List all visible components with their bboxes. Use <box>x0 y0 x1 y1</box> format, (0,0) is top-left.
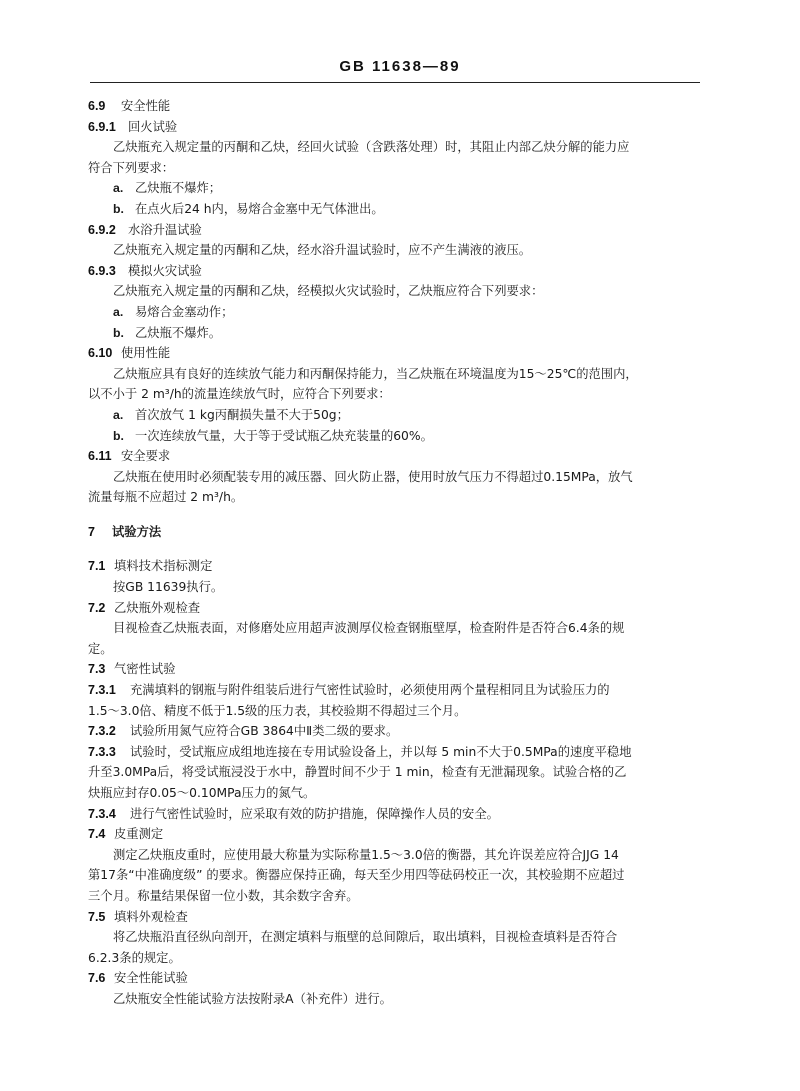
section-6-9-1-heading: 6.9.1 回火试验 <box>88 117 714 138</box>
chapter-7-heading: 7 试验方法 <box>88 522 714 543</box>
section-title: 填料技术指标测定 <box>114 556 212 577</box>
section-7-3-1-paragraph: 7.3.1充满填料的钢瓶与附件组装后进行气密性试验时，必须使用两个量程相同且为试… <box>88 680 714 721</box>
section-number: 7.3.3 <box>88 742 130 763</box>
section-number: 6.9 <box>88 96 121 117</box>
list-item-text: 乙炔瓶不爆炸。 <box>135 323 221 344</box>
section-title: 回火试验 <box>128 117 177 138</box>
paragraph-line: 定。 <box>88 639 714 660</box>
list-item-text: 乙炔瓶不爆炸； <box>135 178 221 199</box>
section-title: 安全性能试验 <box>114 968 188 989</box>
section-7-2-paragraph: 目视检查乙炔瓶表面，对修磨处应用超声波测厚仪检查钢瓶壁厚，检查附件是否符合6.4… <box>88 618 714 659</box>
section-7-3-heading: 7.3 气密性试验 <box>88 659 714 680</box>
paragraph-line: 试验时，受试瓶应成组地连接在专用试验设备上，并以每 5 min不大于0.5MPa… <box>130 745 632 759</box>
section-title: 安全性能 <box>121 96 170 117</box>
paragraph-line: 以不小于 2 m³/h的流量连续放气时，应符合下列要求： <box>88 384 714 405</box>
section-number: 7.3 <box>88 659 114 680</box>
section-title: 模拟火灾试验 <box>128 261 202 282</box>
section-6-11-paragraph: 乙炔瓶在使用时必须配装专用的减压器、回火防止器，使用时放气压力不得超过0.15M… <box>88 467 714 508</box>
section-7-4-heading: 7.4 皮重测定 <box>88 824 714 845</box>
section-number: 7.3.4 <box>88 804 130 825</box>
section-number: 7.2 <box>88 598 114 619</box>
list-item-text: 在点火后24 h内，易熔合金塞中无气体泄出。 <box>135 199 384 220</box>
list-item: a. 乙炔瓶不爆炸； <box>88 178 714 199</box>
section-title: 气密性试验 <box>114 659 176 680</box>
list-marker: a. <box>113 302 135 323</box>
paragraph-line: 乙炔瓶应具有良好的连续放气能力和丙酮保持能力，当乙炔瓶在环境温度为15～25℃的… <box>113 367 638 381</box>
section-6-9-2-heading: 6.9.2 水浴升温试验 <box>88 220 714 241</box>
list-marker: a. <box>113 405 135 426</box>
section-7-3-3-paragraph: 7.3.3试验时，受试瓶应成组地连接在专用试验设备上，并以每 5 min不大于0… <box>88 742 714 804</box>
list-item-text: 易熔合金塞动作； <box>135 302 233 323</box>
section-6-9-2-paragraph: 乙炔瓶充入规定量的丙酮和乙炔，经水浴升温试验时，应不产生满液的液压。 <box>88 240 714 261</box>
section-title: 填料外观检查 <box>114 907 188 928</box>
section-number: 6.9.3 <box>88 261 128 282</box>
section-7-5-heading: 7.5 填料外观检查 <box>88 907 714 928</box>
section-7-1-heading: 7.1 填料技术指标测定 <box>88 556 714 577</box>
paragraph-line: 测定乙炔瓶皮重时，应使用最大称量为实际称量1.5～3.0倍的衡器，其允许误差应符… <box>113 848 619 862</box>
section-6-11-heading: 6.11 安全要求 <box>88 446 714 467</box>
section-7-1-paragraph: 按GB 11639执行。 <box>88 577 714 598</box>
list-marker: b. <box>113 426 135 447</box>
paragraph-line: 符合下列要求： <box>88 158 714 179</box>
section-number: 6.11 <box>88 446 121 467</box>
standard-code: GB 11638—89 <box>0 58 800 75</box>
section-title: 使用性能 <box>121 343 170 364</box>
section-number: 6.10 <box>88 343 121 364</box>
list-item-text: 首次放气 1 kg丙酮损失量不大于50g； <box>135 405 349 426</box>
section-number: 7.3.1 <box>88 680 130 701</box>
paragraph-line: 1.5～3.0倍、精度不低于1.5级的压力表，其校验期不得超过三个月。 <box>88 701 714 722</box>
paragraph-line: 三个月。称量结果保留一位小数，其余数字舍弃。 <box>88 886 714 907</box>
list-item: b. 一次连续放气量，大于等于受试瓶乙炔充装量的60%。 <box>88 426 714 447</box>
paragraph-line: 流量每瓶不应超过 2 m³/h。 <box>88 487 714 508</box>
section-7-6-paragraph: 乙炔瓶安全性能试验方法按附录A（补充件）进行。 <box>88 989 714 1010</box>
section-6-10-heading: 6.10 使用性能 <box>88 343 714 364</box>
section-6-9-heading: 6.9 安全性能 <box>88 96 714 117</box>
section-6-9-1-paragraph: 乙炔瓶充入规定量的丙酮和乙炔，经回火试验（含跌落处理）时，其阻止内部乙炔分解的能… <box>88 137 714 178</box>
page-header: GB 11638—89 <box>0 0 800 90</box>
paragraph-line: 6.2.3条的规定。 <box>88 948 714 969</box>
paragraph-line: 乙炔瓶充入规定量的丙酮和乙炔，经回火试验（含跌落处理）时，其阻止内部乙炔分解的能… <box>113 140 629 154</box>
section-number: 6.9.2 <box>88 220 128 241</box>
paragraph-line: 炔瓶应封存0.05～0.10MPa压力的氮气。 <box>88 783 714 804</box>
section-number: 7.5 <box>88 907 114 928</box>
list-marker: b. <box>113 199 135 220</box>
list-item: a. 首次放气 1 kg丙酮损失量不大于50g； <box>88 405 714 426</box>
spacer <box>88 508 714 522</box>
paragraph-line: 进行气密性试验时，应采取有效的防护措施，保障操作人员的安全。 <box>130 807 499 821</box>
section-7-3-4-paragraph: 7.3.4进行气密性试验时，应采取有效的防护措施，保障操作人员的安全。 <box>88 804 714 825</box>
section-6-9-3-heading: 6.9.3 模拟火灾试验 <box>88 261 714 282</box>
chapter-number: 7 <box>88 522 112 543</box>
list-item: b. 在点火后24 h内，易熔合金塞中无气体泄出。 <box>88 199 714 220</box>
section-7-5-paragraph: 将乙炔瓶沿直径纵向剖开，在测定填料与瓶壁的总间隙后，取出填料，目视检查填料是否符… <box>88 927 714 968</box>
document-body: 6.9 安全性能 6.9.1 回火试验 乙炔瓶充入规定量的丙酮和乙炔，经回火试验… <box>88 96 714 1010</box>
section-number: 7.4 <box>88 824 114 845</box>
list-marker: a. <box>113 178 135 199</box>
paragraph-line: 充满填料的钢瓶与附件组装后进行气密性试验时，必须使用两个量程相同且为试验压力的 <box>130 683 610 697</box>
section-7-4-paragraph: 测定乙炔瓶皮重时，应使用最大称量为实际称量1.5～3.0倍的衡器，其允许误差应符… <box>88 845 714 907</box>
list-item-text: 一次连续放气量，大于等于受试瓶乙炔充装量的60%。 <box>135 426 433 447</box>
section-title: 皮重测定 <box>114 824 163 845</box>
paragraph-line: 乙炔瓶在使用时必须配装专用的减压器、回火防止器，使用时放气压力不得超过0.15M… <box>113 470 633 484</box>
paragraph-line: 试验所用氮气应符合GB 3864中Ⅱ类二级的要求。 <box>130 724 398 738</box>
section-7-6-heading: 7.6 安全性能试验 <box>88 968 714 989</box>
section-title: 水浴升温试验 <box>128 220 202 241</box>
section-7-3-2-paragraph: 7.3.2试验所用氮气应符合GB 3864中Ⅱ类二级的要求。 <box>88 721 714 742</box>
paragraph-line: 目视检查乙炔瓶表面，对修磨处应用超声波测厚仪检查钢瓶壁厚，检查附件是否符合6.4… <box>113 621 624 635</box>
section-number: 7.6 <box>88 968 114 989</box>
section-6-9-3-paragraph: 乙炔瓶充入规定量的丙酮和乙炔，经模拟火灾试验时，乙炔瓶应符合下列要求： <box>88 281 714 302</box>
list-marker: b. <box>113 323 135 344</box>
paragraph-line: 升至3.0MPa后，将受试瓶浸没于水中，静置时间不少于 1 min，检查有无泄漏… <box>88 762 714 783</box>
paragraph-line: 第17条“中准确度级” 的要求。衡器应保持正确，每天至少用四等砝码校正一次，其校… <box>88 865 714 886</box>
section-number: 7.1 <box>88 556 114 577</box>
chapter-title: 试验方法 <box>112 522 161 543</box>
list-item: a. 易熔合金塞动作； <box>88 302 714 323</box>
section-7-2-heading: 7.2 乙炔瓶外观检查 <box>88 598 714 619</box>
section-number: 6.9.1 <box>88 117 128 138</box>
list-item: b. 乙炔瓶不爆炸。 <box>88 323 714 344</box>
section-number: 7.3.2 <box>88 721 130 742</box>
paragraph-line: 将乙炔瓶沿直径纵向剖开，在测定填料与瓶壁的总间隙后，取出填料，目视检查填料是否符… <box>113 930 617 944</box>
header-rule <box>90 82 700 83</box>
spacer <box>88 542 714 556</box>
section-title: 乙炔瓶外观检查 <box>114 598 200 619</box>
section-title: 安全要求 <box>121 446 170 467</box>
section-6-10-paragraph: 乙炔瓶应具有良好的连续放气能力和丙酮保持能力，当乙炔瓶在环境温度为15～25℃的… <box>88 364 714 405</box>
